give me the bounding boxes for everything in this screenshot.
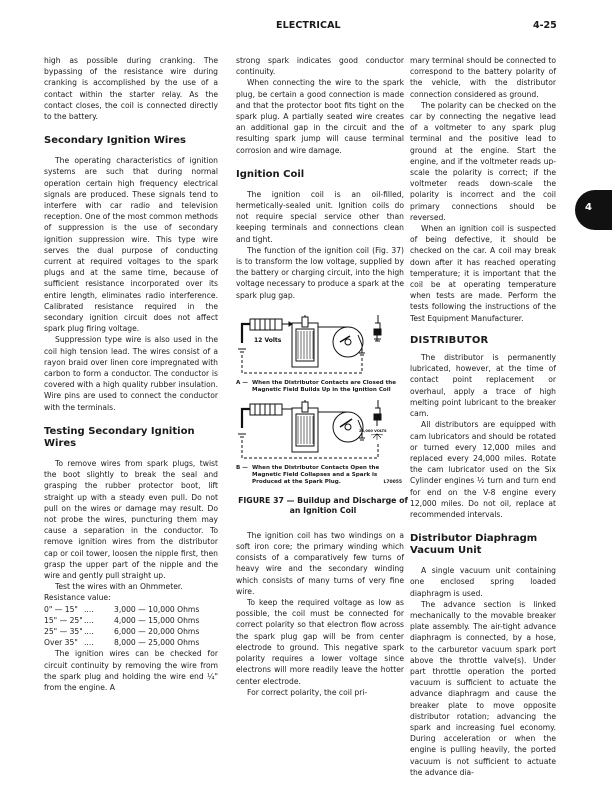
caption-text: When the Distributor Contacts Open the M…	[252, 465, 379, 485]
paragraph: mary terminal should be connected to cor…	[410, 55, 556, 100]
diagram-a-voltage-label: 12 Volts	[254, 337, 282, 344]
leader-dots: ....	[84, 615, 114, 626]
resistance-value: 3,000 — 10,000 Ohms	[114, 604, 218, 615]
resistance-value: 8,000 — 25,000 Ohms	[114, 637, 218, 648]
diagram-b-voltage-label: 25,000 VOLTS	[359, 429, 387, 433]
paragraph: Test the wires with an Ohmmeter.	[44, 581, 218, 592]
chapter-number: 4	[585, 202, 592, 213]
column-right: mary terminal should be connected to cor…	[410, 55, 556, 778]
page-header: ELECTRICAL 4-25	[0, 20, 612, 34]
length-range: 15" — 25"	[44, 615, 84, 626]
paragraph: The function of the ignition coil (Fig. …	[236, 245, 404, 301]
paragraph: The ignition coil has two windings on a …	[236, 530, 404, 597]
coil-diagram-a: 12 Volts	[236, 315, 396, 377]
chapter-thumb-tab: 4	[575, 190, 612, 230]
paragraph: The ignition wires can be checked for ci…	[44, 648, 218, 693]
resistance-row: 0" — 15" .... 3,000 — 10,000 Ohms	[44, 604, 218, 615]
length-range: Over 35"	[44, 637, 84, 648]
paragraph: The distributor is permanently lubricate…	[410, 352, 556, 419]
resistance-table: 0" — 15" .... 3,000 — 10,000 Ohms 15" — …	[44, 604, 218, 649]
coil-diagram-b: 25,000 VOLTS	[236, 400, 396, 462]
paragraph: To remove wires from spark plugs, twist …	[44, 458, 218, 581]
length-range: 25" — 35"	[44, 626, 84, 637]
length-range: 0" — 15"	[44, 604, 84, 615]
resistance-row: 25" — 35" .... 6,000 — 20,000 Ohms	[44, 626, 218, 637]
paragraph: The operating characteristics of ignitio…	[44, 155, 218, 334]
caption-text: When the Distributor Contacts are Closed…	[252, 380, 402, 394]
paragraph: Suppression type wire is also used in th…	[44, 334, 218, 412]
section-heading-secondary-ignition-wires: Secondary Ignition Wires	[44, 135, 218, 147]
paragraph: high as possible during cranking. The by…	[44, 55, 218, 122]
paragraph: When an ignition coil is suspected of be…	[410, 223, 556, 324]
figure-title: FIGURE 37 — Buildup and Discharge of an …	[236, 496, 410, 516]
resistance-value: 4,000 — 15,000 Ohms	[114, 615, 218, 626]
figure-caption-b: B —When the Distributor Contacts Open th…	[236, 465, 410, 486]
resistance-label: Resistance value:	[44, 592, 218, 603]
figure-code: L70055	[383, 479, 402, 486]
section-heading-testing-wires: Testing Secondary Ignition Wires	[44, 426, 218, 450]
paragraph: The advance section is linked mechanical…	[410, 599, 556, 778]
paragraph: The ignition coil is an oil-filled, herm…	[236, 189, 404, 245]
figure-37: 12 Volts A —When the Distributor Contact…	[236, 315, 410, 516]
column-middle: strong spark indicates good conductor co…	[236, 55, 404, 698]
leader-dots: ....	[84, 637, 114, 648]
leader-dots: ....	[84, 604, 114, 615]
figure-caption-a: A —When the Distributor Contacts are Clo…	[236, 380, 410, 394]
section-heading-ignition-coil: Ignition Coil	[236, 169, 404, 181]
paragraph: A single vacuum unit containing one encl…	[410, 565, 556, 599]
section-title: ELECTRICAL	[276, 20, 341, 31]
resistance-row: 15" — 25" .... 4,000 — 15,000 Ohms	[44, 615, 218, 626]
paragraph: The polarity can be checked on the car b…	[410, 100, 556, 223]
paragraph: For correct polarity, the coil pri-	[236, 687, 404, 698]
paragraph: All distributors are equipped with cam l…	[410, 419, 556, 520]
paragraph: When connecting the wire to the spark pl…	[236, 77, 404, 155]
column-left: high as possible during cranking. The by…	[44, 55, 218, 693]
caption-letter: B —	[236, 465, 252, 472]
paragraph: To keep the required voltage as low as p…	[236, 597, 404, 687]
caption-letter: A —	[236, 380, 252, 387]
resistance-value: 6,000 — 20,000 Ohms	[114, 626, 218, 637]
paragraph: strong spark indicates good conductor co…	[236, 55, 404, 77]
resistance-row: Over 35" .... 8,000 — 25,000 Ohms	[44, 637, 218, 648]
section-heading-distributor: DISTRIBUTOR	[410, 335, 556, 346]
leader-dots: ....	[84, 626, 114, 637]
page-number: 4-25	[533, 20, 557, 31]
section-heading-vacuum-unit: Distributor Diaphragm Vacuum Unit	[410, 533, 556, 557]
